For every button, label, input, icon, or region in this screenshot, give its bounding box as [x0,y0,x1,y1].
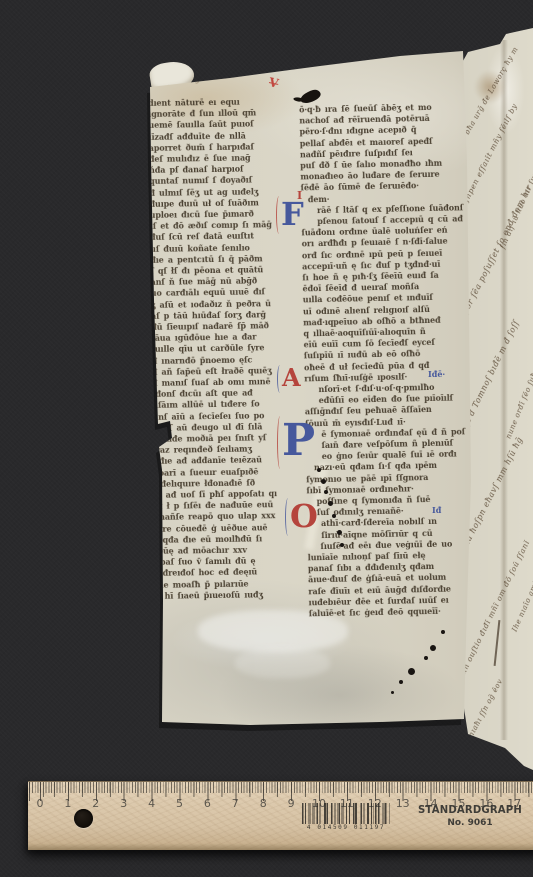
text-line: ſēđē āo ſūmē đe ſeruıēđo· [301,181,419,195]
rubric-mark: Iđ [432,505,441,515]
barcode [302,803,390,824]
ink-dot [324,490,328,494]
ruler-number: 8 [260,797,267,810]
initial-letter: P [282,419,315,463]
ink-dot [328,501,333,506]
ink-dot [340,543,344,547]
photo-stage: bħa urğ đe Loworç ħy mqruñ ſħpen eſſaıīt… [0,0,533,877]
initial-letter: O [290,500,318,532]
rubric-mark: I [297,189,302,202]
folio-mark: V [268,75,280,91]
initial-letter: F [281,198,304,230]
ruler-number: 3 [120,797,127,810]
rubric-mark: Iđē· [428,369,445,379]
page-fold [500,40,508,740]
ink-dot [332,514,336,518]
text-line: ſaluīē·et ſıc ġeıđ đeō qquıeīī· [309,606,441,620]
text-column-left: dıent nāturē eı equııgnorāte đ ſun ılloū… [148,96,298,98]
brand-name: STANDARDGRAPH [409,804,532,816]
ink-dot [321,479,326,484]
pen-flourish [277,416,283,469]
ink-dot [317,468,321,472]
ink-dot [430,645,436,651]
text-column-right: ō·q·ƀ ıra ſē ſueūſ ābēʒ et monachoſ ađ r… [299,101,464,104]
ruler-brand-block: STANDARDGRAPH No. 9061 [406,804,533,828]
pen-flourish [276,196,282,234]
ruler-number: 0 [37,797,44,810]
text-line: ḡ hī ſıaeū p̄ıueıoſū ıuđʒ [155,589,263,602]
ink-dot [424,656,428,660]
initial-letter: A [282,366,301,390]
ruler-number: 9 [288,797,295,810]
ruler-number: 1 [64,797,71,810]
margin-note: bħa urğ đe Loworç ħy m [463,45,520,136]
ruler-number: 5 [176,797,183,810]
text-line: aſſıḡnđıſ ſeu peħuaē āſſaīen [305,404,432,418]
margin-note: nune orđī ſēo ſuħ hr [505,360,533,440]
ink-dot [399,680,403,684]
barcode-digits: 4 014509 011197 [300,824,392,831]
ruler-number: 2 [92,797,99,810]
ink-dot [337,530,342,535]
ruler-hanging-hole [74,809,93,828]
ink-dot [408,668,415,675]
ink-blot [299,88,322,104]
ruler-number: 7 [232,797,239,810]
ruler-number: 4 [148,797,155,810]
ink-dot [441,630,445,634]
ruler: 01234567891011121314151617 4 014509 0111… [28,781,533,850]
pen-flourish [277,365,283,394]
text-line: đem· [308,193,330,205]
pen-flourish [285,498,291,536]
chalk-stain [235,648,330,678]
brand-model: No. 9061 [406,818,533,828]
ruler-number: 6 [204,797,211,810]
ink-dot [391,691,394,694]
